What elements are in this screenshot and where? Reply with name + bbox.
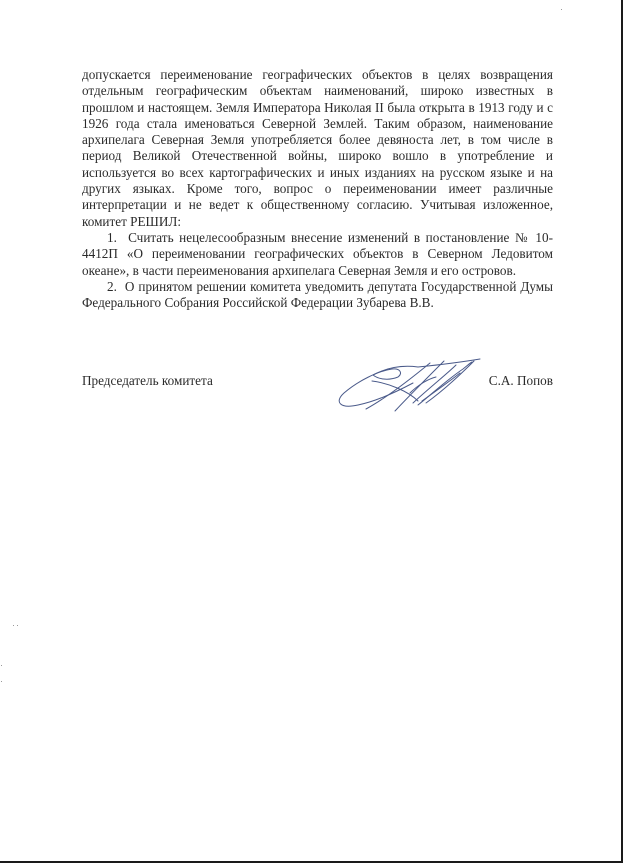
resolution-text: О принятом решении комитета уведомить де… <box>82 279 553 310</box>
intro-paragraph: допускается переименование географически… <box>82 67 553 230</box>
scan-speck <box>13 625 14 626</box>
resolution-text: Считать нецелесообразным внесение измене… <box>82 230 553 278</box>
resolution-number: 2. <box>107 279 117 294</box>
document-body: допускается переименование географически… <box>82 67 553 311</box>
scan-speck <box>17 625 18 626</box>
scan-speck <box>561 9 562 10</box>
scan-speck <box>1 665 2 666</box>
document-page: допускается переименование географически… <box>0 0 623 863</box>
signatory-name: С.А. Попов <box>489 373 553 389</box>
scan-speck <box>1 681 2 682</box>
handwritten-signature-icon <box>318 357 488 417</box>
signature-block: Председатель комитета С.А. Попов <box>82 373 553 413</box>
resolution-number: 1. <box>107 230 117 245</box>
resolution-item-2: 2. О принятом решении комитета уведомить… <box>82 279 553 312</box>
resolution-item-1: 1. Считать нецелесообразным внесение изм… <box>82 230 553 279</box>
signatory-title: Председатель комитета <box>82 373 213 389</box>
